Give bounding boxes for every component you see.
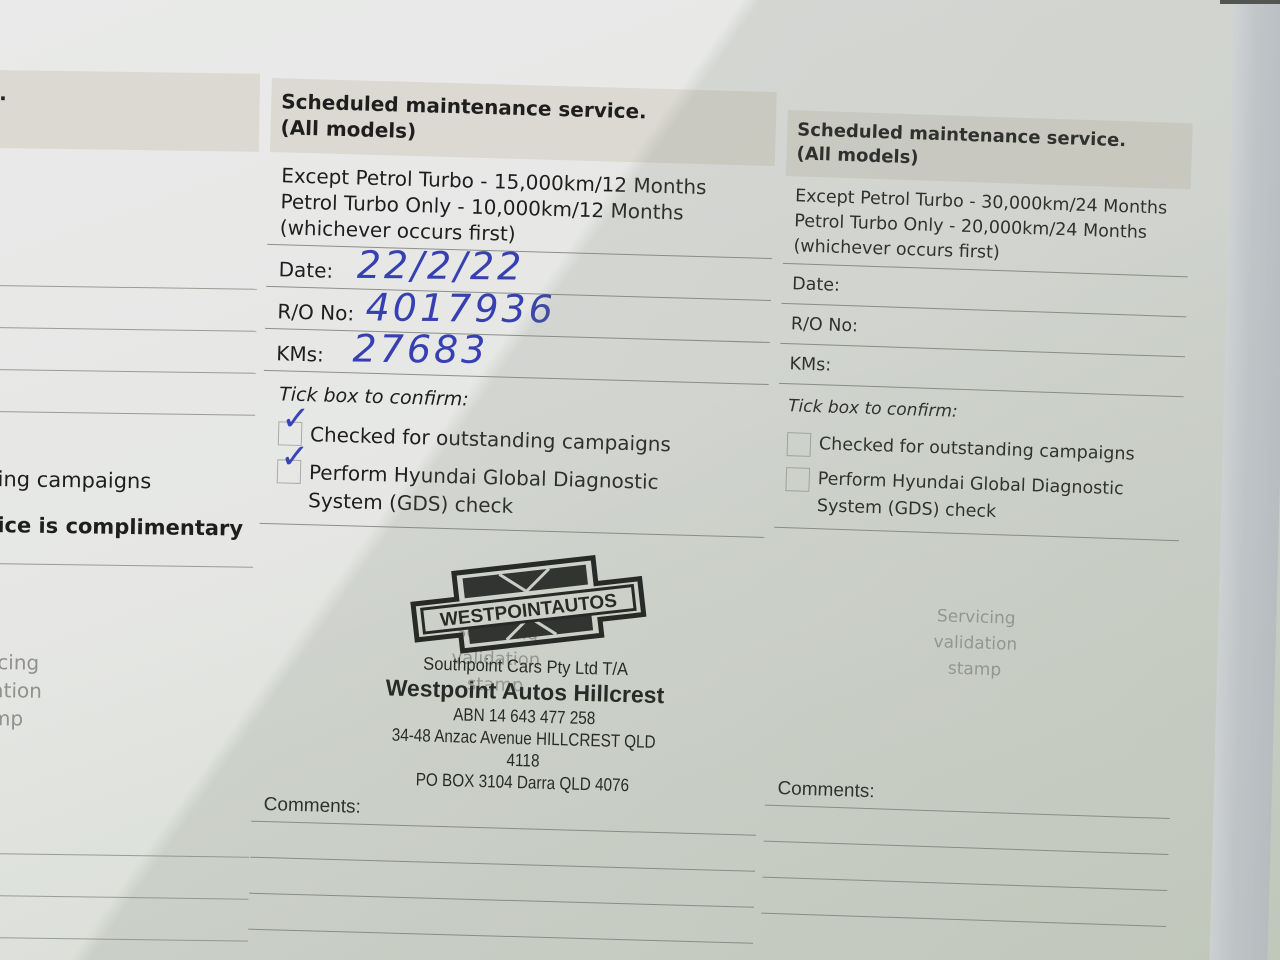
previous-check-label-2: vice is complimentary <box>0 502 254 552</box>
previous-stamp-placeholder-3: mp <box>0 704 251 736</box>
spacer <box>0 148 259 248</box>
rule-line <box>0 328 256 374</box>
comment-line <box>0 812 250 858</box>
stamp-placeholder-line: Servicing <box>916 603 1037 633</box>
kms-label: KMs: <box>789 354 831 375</box>
ro-label: R/O No: <box>277 299 354 325</box>
ro-label: R/O No: <box>791 314 859 336</box>
comments-label: Comments: <box>263 794 361 818</box>
tick-mark-icon: ✓ <box>281 398 311 439</box>
validation-stamp-area: Servicing validation stamp <box>766 528 1179 781</box>
stamp-placeholder-line: validation <box>915 629 1036 659</box>
checkbox[interactable] <box>787 432 812 457</box>
book-gutter <box>1209 0 1280 960</box>
service-intervals: Except Petrol Turbo - 30,000km/24 Months… <box>783 176 1191 277</box>
date-label: Date: <box>278 257 333 283</box>
checkbox-label: Checked for outstanding campaigns <box>310 420 672 458</box>
date-value: 22/2/22 <box>357 243 525 289</box>
stamp-placeholder-line: stamp <box>914 655 1035 685</box>
checkbox-label: Perform Hyundai Global Diagnostic System… <box>308 458 689 525</box>
dealer-stamp: WESTPOINTAUTOS Southpoint Cars Pty Ltd T… <box>362 549 689 798</box>
kms-value: 27683 <box>352 327 488 372</box>
checkbox[interactable]: ✓ <box>277 459 302 484</box>
service-header: Scheduled maintenance service. (All mode… <box>270 78 777 166</box>
checkbox-label: Perform Hyundai Global Diagnostic System… <box>816 466 1148 531</box>
kms-label: KMs: <box>276 341 324 366</box>
previous-stamp-placeholder-2: ation <box>0 676 252 708</box>
comment-line <box>0 896 248 942</box>
rule-line <box>0 244 258 290</box>
service-15000-column: Scheduled maintenance service. (All mode… <box>248 78 777 944</box>
comments-label: Comments: <box>777 778 875 802</box>
spacer <box>0 412 255 460</box>
previous-header-text: e. <box>0 81 7 105</box>
checkbox[interactable] <box>785 467 810 492</box>
previous-stamp-placeholder-1: icing <box>0 648 252 680</box>
spacer <box>0 564 253 652</box>
validation-stamp-area: Servicing validation stamp WESTPOINTAUTO… <box>252 524 764 798</box>
service-30000-column: Scheduled maintenance service. (All mode… <box>761 110 1192 927</box>
rule-line <box>0 286 257 332</box>
ro-value: 4017936 <box>365 285 556 331</box>
previous-check-label-1: ding campaigns <box>0 456 255 506</box>
comment-line <box>0 854 249 900</box>
previous-header: e. <box>0 70 260 152</box>
previous-service-column: e. ding campaigns vice is complimentary … <box>0 70 260 942</box>
spacer <box>0 732 251 816</box>
westpoint-autos-logo: WESTPOINTAUTOS <box>403 540 652 662</box>
stamp-placeholder: Servicing validation stamp <box>914 603 1037 685</box>
date-label: Date: <box>792 274 840 296</box>
service-intervals: Except Petrol Turbo - 15,000km/12 Months… <box>267 152 774 259</box>
tick-mark-icon: ✓ <box>280 436 310 477</box>
page-edge <box>1220 0 1280 4</box>
stamp-address: 34-48 Anzac Avenue HILLCREST QLD 4118 <box>387 723 660 775</box>
rule-line <box>0 370 256 416</box>
